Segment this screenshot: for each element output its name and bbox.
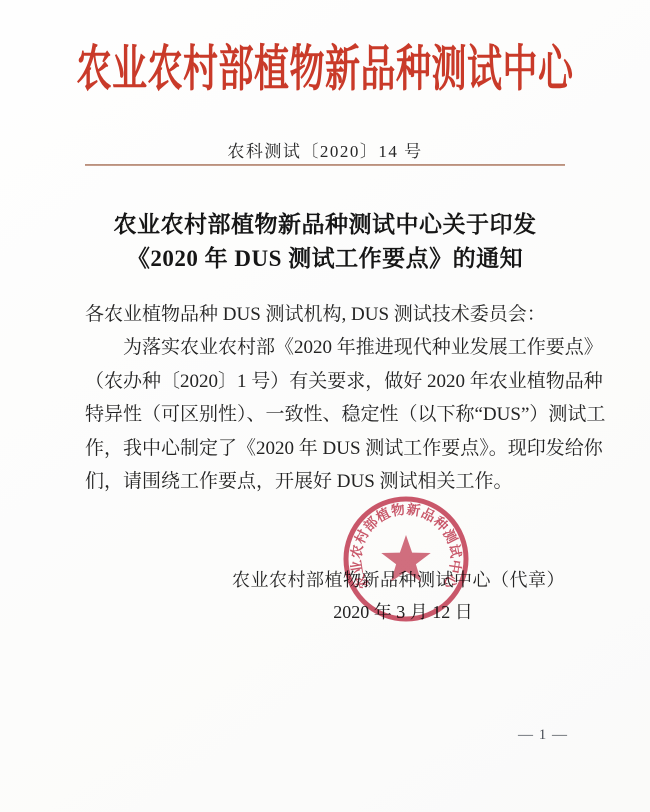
letterhead-title-text: 农业农村部植物新品种测试中心 (76, 44, 573, 95)
official-seal: 农业农村部植物新品种测试中心 (336, 489, 476, 629)
notice-title-line1: 农业农村部植物新品种测试中心关于印发 (0, 208, 650, 242)
body-line: 们，请围绕工作要点，开展好 DUS 测试相关工作。 (85, 465, 565, 498)
notice-body: 各农业植物品种 DUS 测试机构, DUS 测试技术委员会： 为落实农业农村部《… (85, 298, 565, 498)
document-number: 农科测试〔2020〕14 号 (0, 137, 650, 162)
salutation-line: 各农业植物品种 DUS 测试机构, DUS 测试技术委员会： (85, 298, 565, 331)
star-icon (381, 535, 430, 582)
body-line: 为落实农业农村部《2020 年推进现代种业发展工作要点》 (85, 331, 565, 364)
body-line: （农办种〔2020〕1 号）有关要求，做好 2020 年农业植物品种 (85, 365, 565, 398)
document-page: 农业农村部植物新品种测试中心 农科测试〔2020〕14 号 农业农村部植物新品种… (0, 0, 650, 812)
notice-title: 农业农村部植物新品种测试中心关于印发 《2020 年 DUS 测试工作要点》的通… (0, 208, 650, 276)
notice-title-line2: 《2020 年 DUS 测试工作要点》的通知 (0, 242, 650, 276)
letterhead-title: 农业农村部植物新品种测试中心 (0, 52, 650, 95)
page-number: — 1 — (518, 727, 568, 744)
body-line: 特异性（可区别性）、一致性、稳定性（以下称“DUS”）测试工 (85, 398, 565, 431)
body-line: 作，我中心制定了《2020 年 DUS 测试工作要点》。现印发给你 (85, 432, 565, 465)
header-divider-rule (85, 164, 565, 166)
